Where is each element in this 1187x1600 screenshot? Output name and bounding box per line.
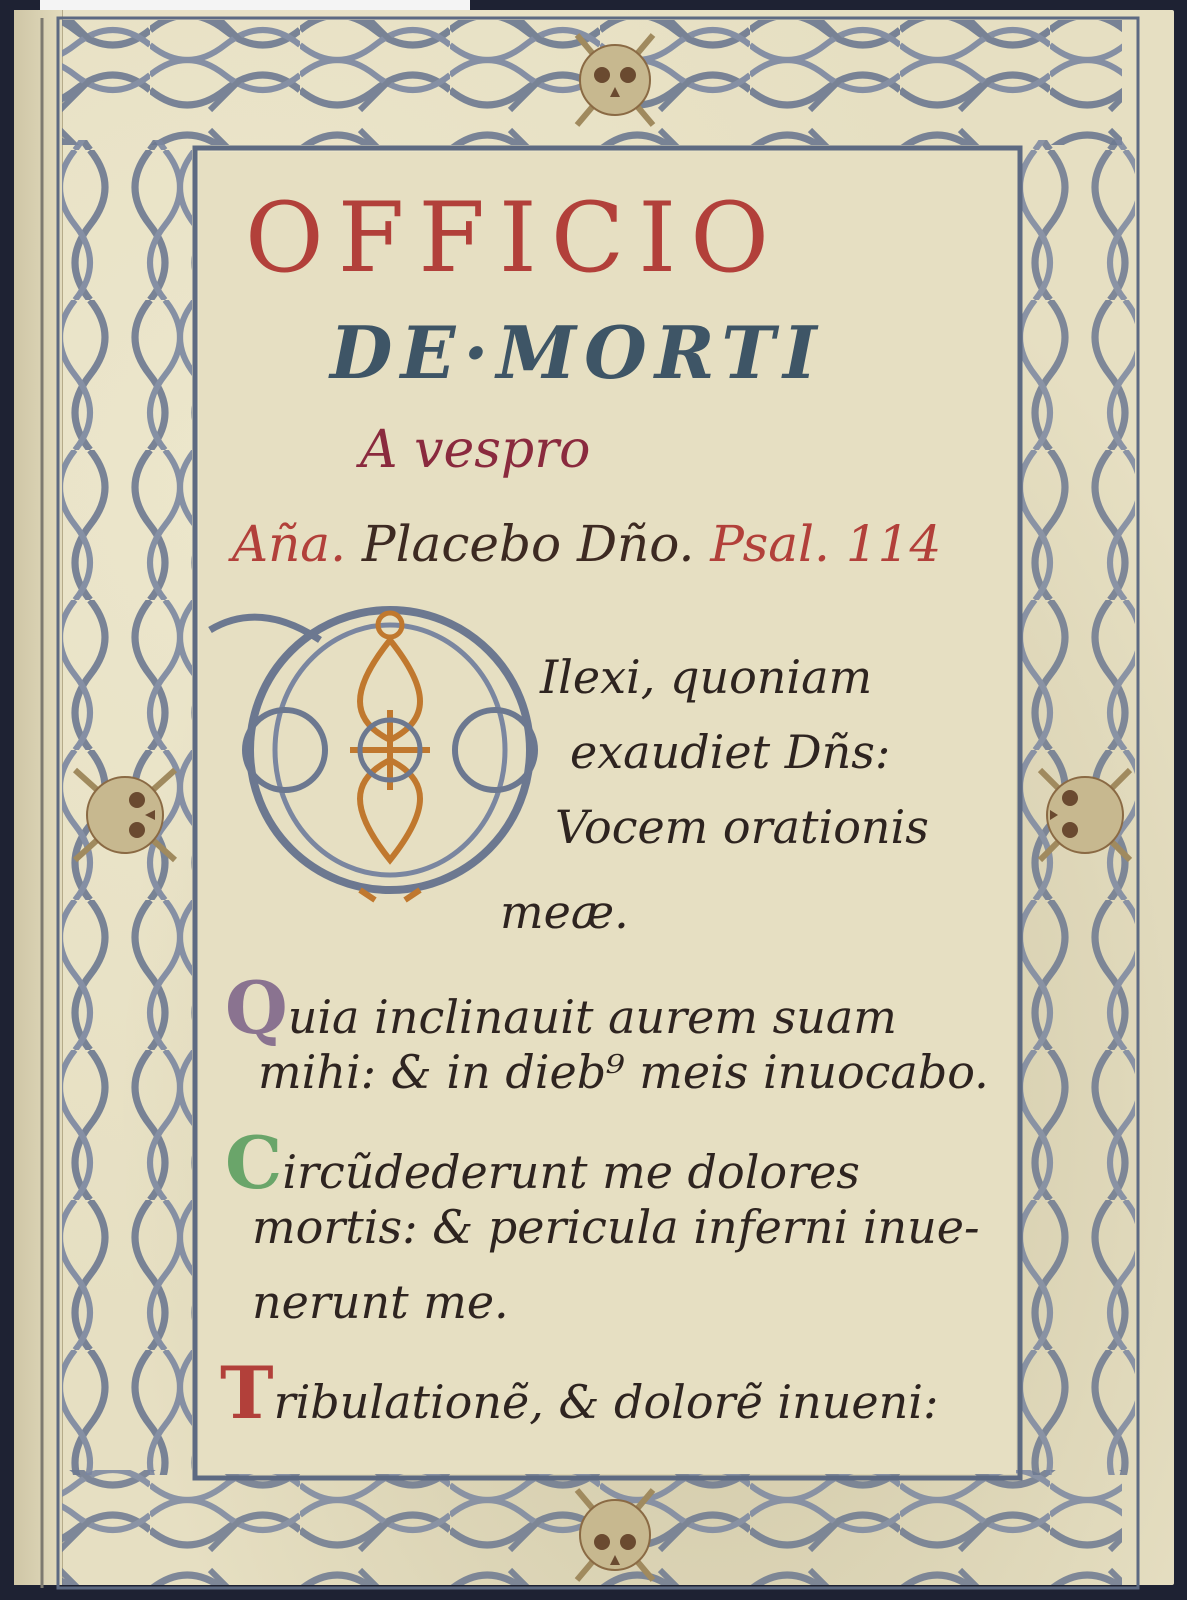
text-line-8: mortis: & pericula inferni inue-	[252, 1200, 980, 1254]
initial-q: Q	[225, 965, 288, 1050]
initial-c: C	[225, 1120, 282, 1205]
text-line-7-body: ircũdederunt me dolores	[282, 1145, 860, 1199]
skull-crossbones-top	[565, 25, 665, 135]
text-line-7: Circũdederunt me dolores	[225, 1120, 860, 1205]
skull-crossbones-right	[1030, 760, 1140, 870]
title-de-morti: DE·MORTI	[330, 310, 825, 395]
psalm-number: 114	[846, 515, 941, 573]
antiphon-label: Aña.	[232, 515, 346, 573]
text-line-10-body: ribulationẽ, & dolorẽ inueni:	[274, 1375, 939, 1429]
title-officio: OFFICIO	[245, 182, 783, 294]
decorated-initial-d-icon	[200, 600, 560, 920]
text-line-1: Ilexi, quoniam	[540, 650, 872, 704]
skull-crossbones-left	[65, 760, 185, 870]
text-line-5-body: uia inclinauit aurem suam	[288, 990, 897, 1044]
text-line-5: Quia inclinauit aurem suam	[225, 965, 897, 1050]
text-line-2: exaudiet Dñs:	[570, 725, 890, 779]
antiphon-incipit: Placebo Dño.	[362, 515, 694, 573]
text-line-4: meæ.	[500, 885, 629, 939]
skull-crossbones-bottom	[565, 1480, 665, 1590]
antiphon-line: Aña. Placebo Dño. Psal. 114	[232, 515, 941, 573]
text-line-10: Tribulationẽ, & dolorẽ inueni:	[220, 1350, 938, 1435]
initial-t: T	[220, 1350, 274, 1435]
text-line-6: mihi: & in dieb⁹ meis inuocabo.	[258, 1045, 989, 1099]
text-line-9: nerunt me.	[252, 1275, 509, 1329]
text-line-3: Vocem orationis	[555, 800, 929, 854]
psalm-label: Psal.	[710, 515, 830, 573]
title-a-vespro: A vespro	[360, 420, 590, 480]
